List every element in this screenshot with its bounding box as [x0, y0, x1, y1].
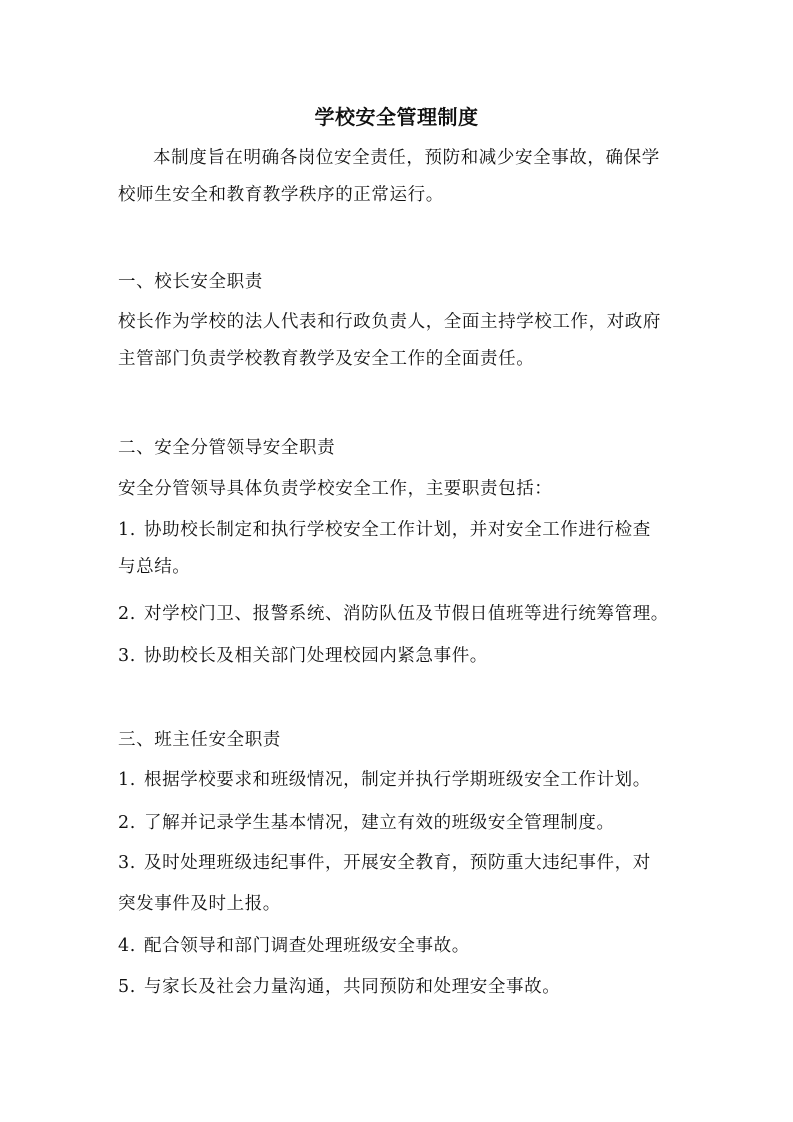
list-item: 4.配合领导和部门调查处理班级安全事故。: [118, 934, 678, 958]
list-item: 1.协助校长制定和执行学校安全工作计划，并对安全工作进行检查: [118, 518, 678, 542]
list-item: 2.了解并记录学生基本情况，建立有效的班级安全管理制度。: [118, 811, 678, 835]
list-item-text: 协助校长制定和执行学校安全工作计划，并对安全工作进行检查: [144, 520, 651, 540]
intro-line-1: 本制度旨在明确各岗位安全责任，预防和减少安全事故，确保学: [153, 146, 713, 170]
list-item-text: 对学校门卫、报警系统、消防队伍及节假日值班等进行统筹管理。: [144, 604, 669, 624]
list-item-text: 与家长及社会力量沟通，共同预防和处理安全事故。: [144, 977, 560, 997]
section-heading-head-teacher: 三、班主任安全职责: [118, 728, 678, 752]
list-item-text: 了解并记录学生基本情况，建立有效的班级安全管理制度。: [144, 813, 615, 833]
list-item-number: 1.: [118, 768, 144, 792]
list-item: 3.协助校长及相关部门处理校园内紧急事件。: [118, 644, 678, 668]
intro-line-2: 校师生安全和教育教学秩序的正常运行。: [118, 183, 678, 207]
section-2-lead: 安全分管领导具体负责学校安全工作，主要职责包括：: [118, 477, 678, 501]
section-1-line-1: 校长作为学校的法人代表和行政负责人，全面主持学校工作，对政府: [118, 310, 678, 334]
list-item-number: 2.: [118, 811, 144, 835]
list-item: 2.对学校门卫、报警系统、消防队伍及节假日值班等进行统筹管理。: [118, 602, 678, 626]
list-item-number: 1.: [118, 518, 144, 542]
list-item-continuation: 突发事件及时上报。: [118, 892, 678, 916]
list-item-text: 及时处理班级违纪事件，开展安全教育，预防重大违纪事件，对: [144, 853, 651, 873]
list-item-number: 5.: [118, 975, 144, 999]
list-item-number: 3.: [118, 851, 144, 875]
section-heading-safety-leader: 二、安全分管领导安全职责: [118, 436, 678, 460]
list-item-text: 根据学校要求和班级情况，制定并执行学期班级安全工作计划。: [144, 770, 651, 790]
list-item-text: 配合领导和部门调查处理班级安全事故。: [144, 936, 470, 956]
document-page: 学校安全管理制度 本制度旨在明确各岗位安全责任，预防和减少安全事故，确保学 校师…: [0, 0, 793, 1122]
list-item: 1.根据学校要求和班级情况，制定并执行学期班级安全工作计划。: [118, 768, 678, 792]
list-item-number: 4.: [118, 934, 144, 958]
section-heading-principal: 一、校长安全职责: [118, 270, 678, 294]
list-item-number: 2.: [118, 602, 144, 626]
list-item-number: 3.: [118, 644, 144, 668]
list-item-text: 协助校长及相关部门处理校园内紧急事件。: [144, 646, 488, 666]
list-item-continuation: 与总结。: [118, 555, 678, 579]
document-title: 学校安全管理制度: [0, 104, 793, 130]
list-item: 3.及时处理班级违纪事件，开展安全教育，预防重大违纪事件，对: [118, 851, 678, 875]
list-item: 5.与家长及社会力量沟通，共同预防和处理安全事故。: [118, 975, 678, 999]
section-1-line-2: 主管部门负责学校教育教学及安全工作的全面责任。: [118, 347, 678, 371]
